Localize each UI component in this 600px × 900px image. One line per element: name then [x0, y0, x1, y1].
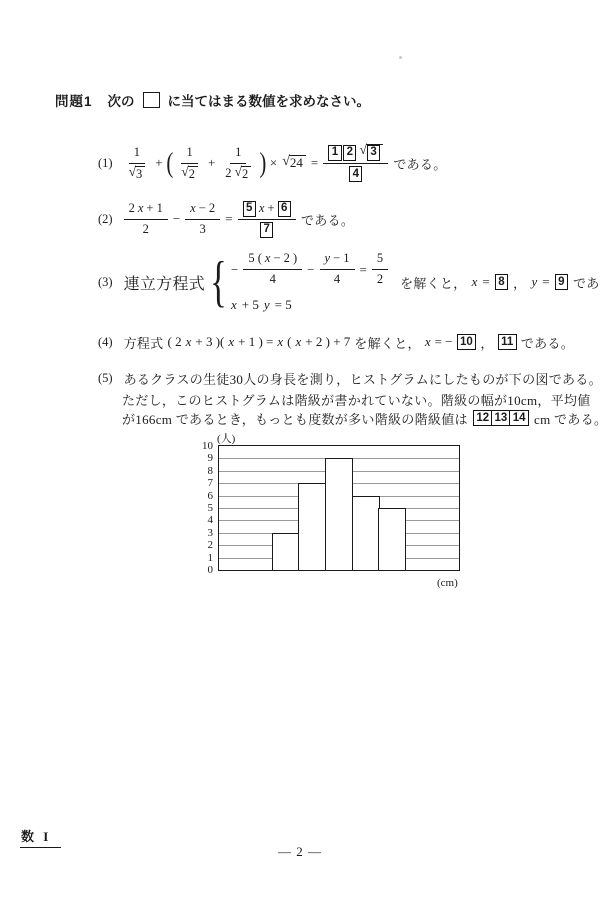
math-token: + 1 ) =: [238, 334, 273, 350]
histogram-bar: [298, 483, 326, 570]
fraction-numerator: 1: [181, 145, 197, 164]
answer-box: 10: [457, 334, 477, 350]
math-variable: x: [190, 201, 196, 217]
y-tick-label: 8: [189, 465, 213, 477]
y-tick-label: 2: [189, 539, 213, 551]
math-variable: x: [228, 334, 234, 350]
radicand: 2: [241, 166, 251, 181]
radical-icon: √: [359, 143, 366, 157]
problem-3-label: (3): [98, 275, 113, 290]
paren-icon: ): [260, 149, 267, 178]
y-tick-label: 1: [189, 552, 213, 564]
math-token: = −: [435, 334, 453, 350]
problem-heading: 問題1 次の に当てはまる数値を求めなさい。: [55, 90, 370, 110]
fraction-denominator: 4: [329, 270, 345, 288]
math-variable: x: [186, 334, 192, 350]
fraction-denominator: √2: [176, 164, 203, 181]
answer-box: 4: [349, 166, 362, 182]
math-token: − 1: [333, 251, 349, 267]
fraction-numerator: y− 1: [320, 251, 355, 270]
answer-box: 8: [495, 274, 508, 290]
fraction-denominator: 2: [372, 270, 388, 288]
histogram-plot: 012345678910: [218, 445, 460, 571]
problem-3-lead: 連立方程式: [124, 271, 206, 294]
y-tick-label: 7: [189, 477, 213, 489]
math-text: を解くと，: [354, 333, 421, 352]
math-token: + 5: [242, 297, 259, 313]
fraction-denominator: √3: [124, 164, 151, 181]
equation-system: −5 (x− 2 )4−y− 14=52 x+ 5y= 5: [231, 251, 388, 312]
fraction-numerator: 12√3: [323, 144, 388, 164]
fraction-denominator: 4: [344, 164, 367, 182]
math-token: 1: [235, 145, 241, 161]
math-variable: x: [265, 251, 271, 267]
sqrt-expression: √3: [359, 144, 383, 161]
math-token: +: [155, 155, 162, 171]
sqrt-expression: √3: [129, 166, 146, 181]
problem-3-answer-text: を解くと，x=8，y=9である。: [400, 273, 600, 292]
math-token: 5: [377, 251, 383, 267]
answer-box: 11: [498, 334, 517, 350]
math-token: + 3 )(: [195, 334, 224, 350]
math-token: = 5: [275, 297, 292, 313]
fraction-numerator: x− 2: [185, 201, 220, 220]
fraction: x− 23: [185, 201, 220, 237]
problem-5-text-3: が166cm であるとき，もっとも度数が多い階級の階級値は121314cm であ…: [122, 409, 600, 428]
radicand: 2: [188, 166, 198, 181]
math-token: −: [173, 211, 180, 227]
problem-4: (4) 方程式( 2x+ 3 )(x+ 1 ) =x(x+ 2 ) + 7を解く…: [98, 330, 574, 354]
fraction-numerator: 5x+6: [238, 201, 296, 220]
math-token: −: [307, 262, 314, 278]
math-variable: y: [531, 274, 537, 290]
radical-icon: √: [181, 165, 188, 179]
math-variable: x: [138, 201, 144, 217]
math-token: 24: [290, 156, 303, 171]
y-tick-label: 6: [189, 490, 213, 502]
fraction-denominator: 2√2: [220, 164, 256, 182]
fraction: 1√3: [124, 145, 151, 181]
y-tick-label: 5: [189, 502, 213, 514]
histogram-bar: [378, 508, 406, 570]
system-brace: {: [210, 254, 227, 310]
math-token: ( 2: [167, 334, 181, 350]
math-text: である。: [301, 210, 354, 229]
math-token: =: [482, 274, 489, 290]
fraction: 2x+ 12: [124, 201, 168, 237]
answer-box: 14: [509, 410, 529, 426]
math-text: cm である。: [534, 409, 600, 428]
math-variable: y: [264, 297, 270, 313]
system-equation-2: x+ 5y= 5: [231, 297, 292, 313]
paren-icon: (: [166, 149, 173, 178]
problem-5-line-3: が166cm であるとき，もっとも度数が多い階級の階級値は121314cm であ…: [122, 408, 600, 428]
heading-text-before: 次の: [108, 90, 135, 110]
answer-box: 12: [473, 410, 493, 426]
math-variable: x: [277, 334, 283, 350]
math-token: ×: [270, 155, 277, 171]
histogram-bar: [272, 533, 300, 570]
page-number: — 2 —: [0, 844, 600, 860]
problem-3: (3) 連立方程式 { −5 (x− 2 )4−y− 14=52 x+ 5y= …: [98, 248, 600, 316]
math-variable: x: [296, 334, 302, 350]
math-token: 4: [334, 272, 340, 288]
math-variable: x: [472, 274, 478, 290]
scan-speck: [399, 56, 402, 59]
y-tick-label: 9: [189, 452, 213, 464]
problem-5-line-2: ただし，このヒストグラムは階級が書かれていない。階級の幅が10cm，平均値: [122, 390, 591, 409]
answer-box: 2: [343, 145, 356, 161]
math-token: 1: [186, 145, 192, 161]
math-text: である。: [393, 154, 446, 173]
fraction-denominator: 2: [138, 220, 154, 238]
problem-5-line-1: (5) あるクラスの生徒30人の身長を測り，ヒストグラムにしたものが下の図である…: [98, 369, 600, 388]
answer-box-group: 121314: [473, 410, 529, 426]
fraction: 5 (x− 2 )4: [243, 251, 302, 287]
blank-box-icon: [143, 92, 160, 108]
sqrt-expression: √24: [282, 155, 306, 171]
sqrt-expression: √2: [181, 166, 198, 181]
problem-4-equation: 方程式( 2x+ 3 )(x+ 1 ) =x(x+ 2 ) + 7を解くと，x=…: [124, 333, 574, 352]
fraction: 52: [372, 251, 388, 287]
problem-4-label: (4): [98, 335, 113, 350]
problem-1-label: (1): [98, 156, 113, 171]
fraction-numerator: 5: [372, 251, 388, 270]
fraction: 5x+67: [238, 201, 296, 238]
math-token: 1: [134, 145, 140, 161]
math-token: − 2 ): [273, 251, 297, 267]
math-token: =: [542, 274, 549, 290]
math-token: 3: [136, 167, 142, 181]
radical-icon: √: [282, 154, 290, 168]
exam-page: 問題1 次の に当てはまる数値を求めなさい。 (1) 1√3+(1√2+12√2…: [0, 0, 600, 900]
histogram-bar: [325, 458, 353, 570]
answer-box: 1: [328, 145, 341, 161]
radicand: 3: [135, 166, 145, 181]
x-axis-label: (cm): [437, 577, 458, 589]
fraction-numerator: 2x+ 1: [124, 201, 168, 220]
math-variable: x: [231, 297, 237, 313]
fraction-denominator: 7: [255, 220, 278, 238]
y-tick-label: 10: [189, 440, 213, 452]
math-token: − 2: [199, 201, 215, 217]
y-tick-label: 4: [189, 514, 213, 526]
radicand: 24: [289, 155, 306, 171]
math-token: (: [287, 334, 291, 350]
math-token: +: [267, 201, 274, 217]
fraction: 12√2: [220, 145, 256, 181]
math-token: 4: [270, 272, 276, 288]
problem-2-equation: 2x+ 12−x− 23=5x+67である。: [124, 201, 355, 238]
radicand: 3: [366, 144, 383, 161]
y-axis-label: (人): [217, 430, 235, 446]
answer-box: 13: [491, 410, 511, 426]
answer-box: 5: [243, 201, 256, 217]
math-token: 3: [200, 222, 206, 238]
math-text: ，: [480, 333, 493, 352]
fraction-numerator: 1: [129, 145, 145, 164]
math-token: 2: [225, 166, 231, 182]
heading-text-after: に当てはまる数値を求めなさい。: [168, 90, 371, 110]
answer-box: 7: [260, 222, 273, 238]
sqrt-expression: √2: [235, 166, 252, 181]
problem-2: (2) 2x+ 12−x− 23=5x+67である。: [98, 196, 354, 242]
problem-number: 問題1: [55, 90, 93, 110]
answer-box: 3: [367, 145, 380, 161]
problem-2-label: (2): [98, 212, 113, 227]
math-text: が166cm であるとき，もっとも度数が多い階級の階級値は: [122, 409, 468, 428]
histogram-bar: [352, 496, 380, 570]
math-token: 2: [189, 167, 195, 181]
math-token: 2: [129, 201, 135, 217]
fraction-numerator: 1: [230, 145, 246, 164]
y-tick-label: 0: [189, 564, 213, 576]
math-text: ，: [513, 273, 526, 292]
math-token: 2: [377, 272, 383, 288]
math-variable: y: [325, 251, 331, 267]
math-text: である。: [521, 333, 574, 352]
math-variable: x: [259, 201, 265, 217]
math-token: =: [225, 211, 232, 227]
radical-icon: √: [235, 165, 242, 179]
fraction-numerator: 5 (x− 2 ): [243, 251, 302, 270]
answer-box: 9: [555, 274, 568, 290]
math-variable: x: [425, 334, 431, 350]
fraction-denominator: 4: [265, 270, 281, 288]
math-token: + 2 ) + 7: [305, 334, 350, 350]
problem-1-equation: 1√3+(1√2+12√2)×√24=12√34である。: [124, 144, 447, 182]
problem-1: (1) 1√3+(1√2+12√2)×√24=12√34である。: [98, 136, 447, 190]
math-token: 5 (: [248, 251, 262, 267]
fraction: 12√34: [323, 144, 388, 182]
fraction-denominator: 3: [195, 220, 211, 238]
y-tick-label: 3: [189, 527, 213, 539]
math-token: =: [311, 155, 318, 171]
problem-5-label: (5): [98, 371, 113, 386]
math-token: =: [360, 262, 367, 278]
math-token: + 1: [146, 201, 162, 217]
answer-box: 6: [278, 201, 291, 217]
fraction: y− 14: [320, 251, 355, 287]
math-token: +: [208, 155, 215, 171]
histogram: (人) 012345678910 (cm): [193, 430, 493, 598]
math-token: −: [231, 262, 238, 278]
math-text: である。: [573, 273, 600, 292]
math-text: を解くと，: [400, 273, 467, 292]
system-equation-1: −5 (x− 2 )4−y− 14=52: [231, 251, 388, 287]
math-token: 2: [242, 167, 248, 181]
math-token: 2: [143, 222, 149, 238]
radical-icon: √: [129, 165, 136, 179]
fraction: 1√2: [176, 145, 203, 181]
math-text: 方程式: [124, 333, 164, 352]
problem-5-text-1: あるクラスの生徒30人の身長を測り，ヒストグラムにしたものが下の図である。: [124, 369, 600, 388]
